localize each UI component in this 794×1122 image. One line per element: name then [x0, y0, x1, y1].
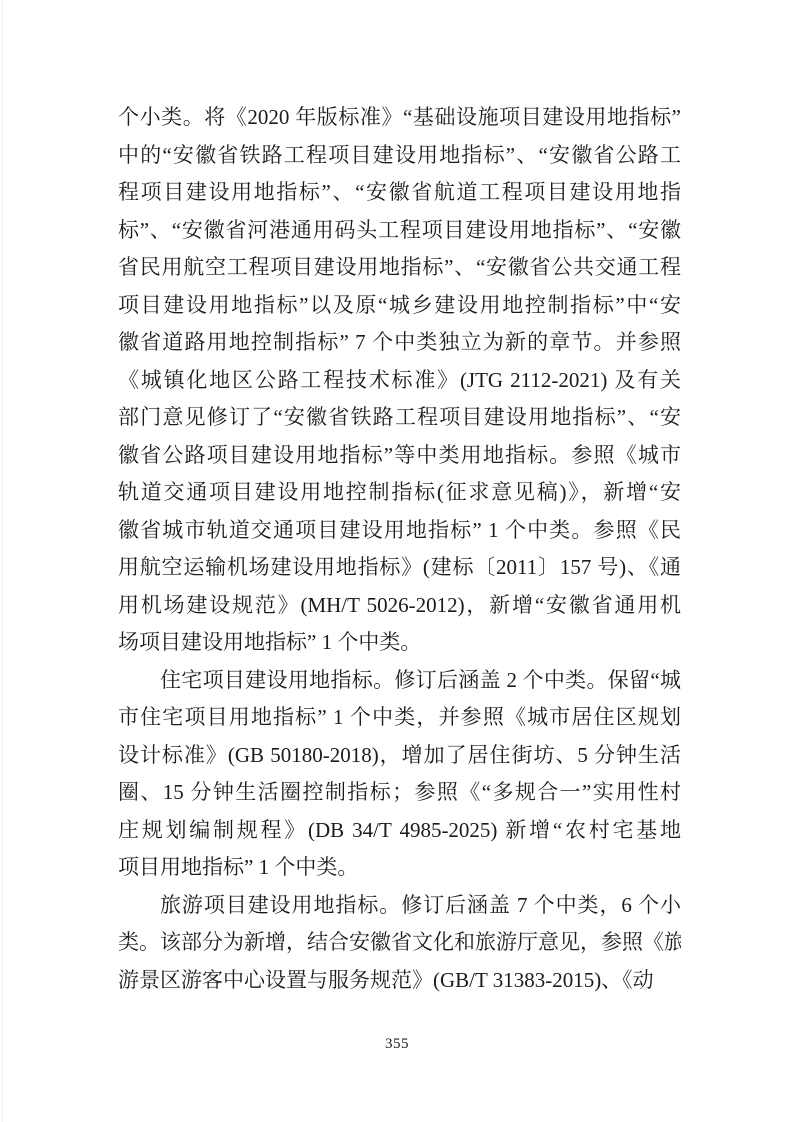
text-line: 徽省道路用地控制指标” 7 个中类独立为新的章节。并参照: [118, 324, 681, 362]
text-line: 个小类。将《2020 年版标准》“基础设施项目建设用地指标”: [118, 99, 681, 137]
document-text-block: 个小类。将《2020 年版标准》“基础设施项目建设用地指标”中的“安徽省铁路工程…: [118, 99, 681, 999]
page-edge-line: [2, 0, 3, 1122]
text-line: 场项目建设用地指标” 1 个中类。: [118, 624, 681, 662]
text-line: 轨道交通项目建设用地控制指标(征求意见稿)》，新增“安: [118, 474, 681, 512]
text-line: 部门意见修订了“安徽省铁路工程项目建设用地指标”、“安: [118, 399, 681, 437]
text-line: 用机场建设规范》(MH/T 5026-2012)，新增“安徽省通用机: [118, 587, 681, 625]
text-line: 用航空运输机场建设用地指标》(建标〔2011〕157 号)、《通: [118, 549, 681, 587]
text-line: 圈、15 分钟生活圈控制指标；参照《“多规合一”实用性村: [118, 774, 681, 812]
text-line: 项目建设用地指标”以及原“城乡建设用地控制指标”中“安: [118, 287, 681, 325]
document-page: 个小类。将《2020 年版标准》“基础设施项目建设用地指标”中的“安徽省铁路工程…: [0, 0, 794, 1122]
page-number: 355: [0, 1036, 794, 1053]
text-line: 旅游项目建设用地指标。修订后涵盖 7 个中类，6 个小: [118, 887, 681, 925]
text-line: 住宅项目建设用地指标。修订后涵盖 2 个中类。保留“城: [118, 662, 681, 700]
text-line: 庄规划编制规程》(DB 34/T 4985-2025) 新增“农村宅基地: [118, 812, 681, 850]
text-line: 标”、“安徽省河港通用码头工程项目建设用地指标”、“安徽: [118, 212, 681, 250]
text-line: 省民用航空工程项目建设用地指标”、“安徽省公共交通工程: [118, 249, 681, 287]
text-line: 徽省城市轨道交通项目建设用地指标” 1 个中类。参照《民: [118, 512, 681, 550]
text-line: 类。该部分为新增，结合安徽省文化和旅游厅意见，参照《旅: [118, 924, 681, 962]
text-line: 程项目建设用地指标”、“安徽省航道工程项目建设用地指: [118, 174, 681, 212]
text-line: 游景区游客中心设置与服务规范》(GB/T 31383-2015)、《动: [118, 962, 681, 1000]
text-line: 设计标准》(GB 50180-2018)，增加了居住街坊、5 分钟生活: [118, 737, 681, 775]
text-line: 市住宅项目用地指标” 1 个中类，并参照《城市居住区规划: [118, 699, 681, 737]
text-line: 项目用地指标” 1 个中类。: [118, 849, 681, 887]
text-line: 《城镇化地区公路工程技术标准》(JTG 2112-2021) 及有关: [118, 362, 681, 400]
text-line: 徽省公路项目建设用地指标”等中类用地指标。参照《城市: [118, 437, 681, 475]
text-line: 中的“安徽省铁路工程项目建设用地指标”、“安徽省公路工: [118, 137, 681, 175]
